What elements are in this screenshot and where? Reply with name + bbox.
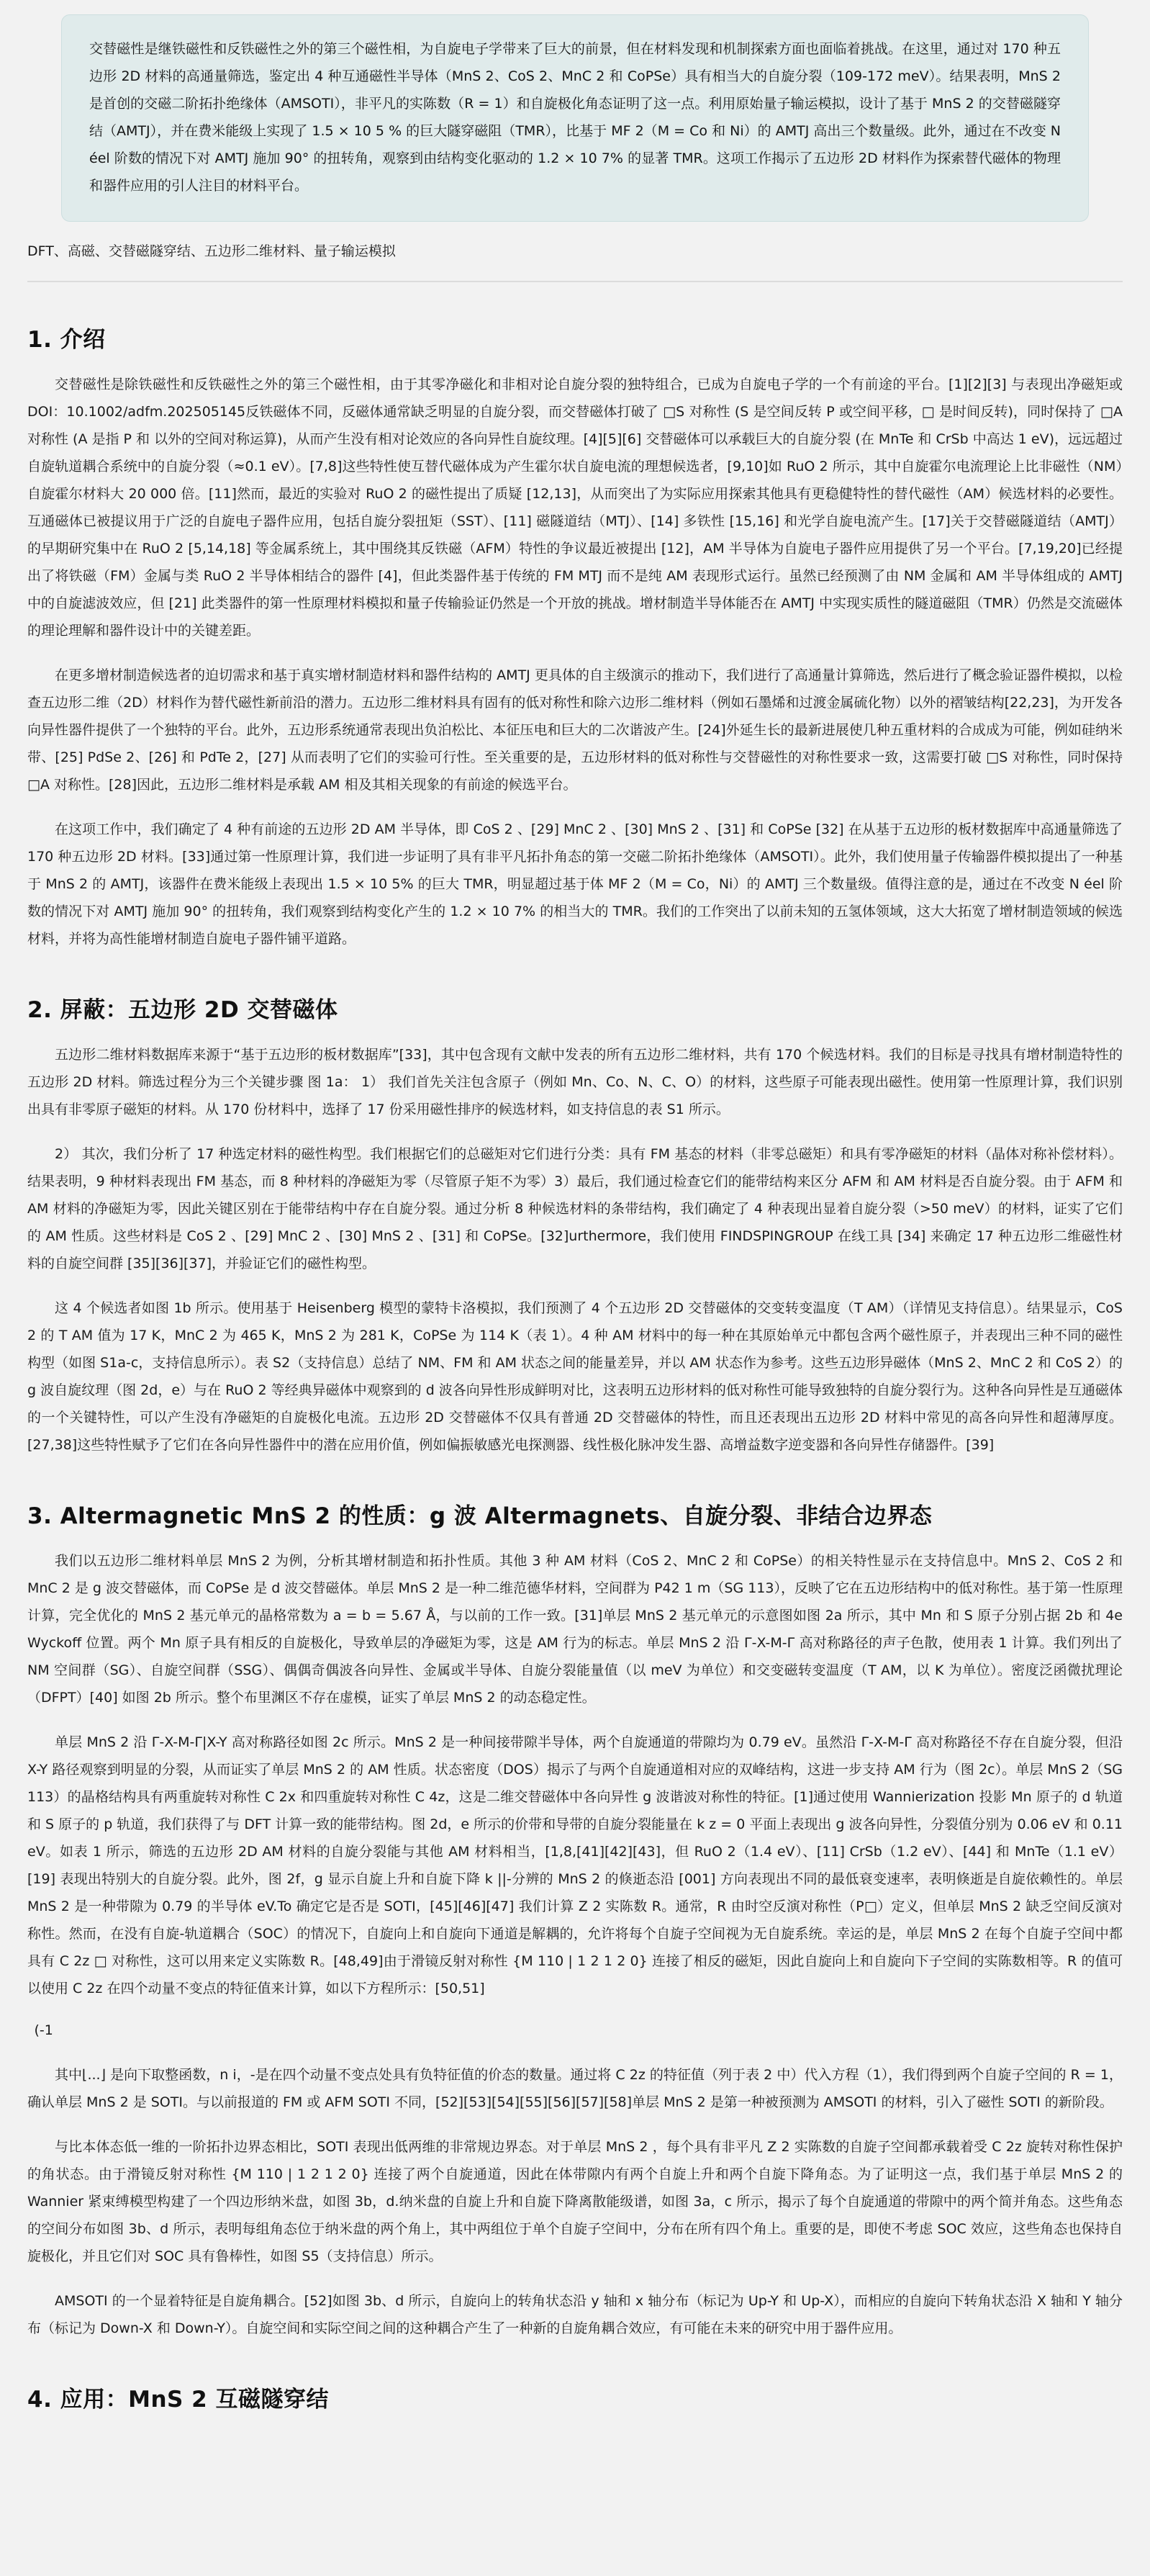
- paragraph: 在更多增材制造候选者的迫切需求和基于真实增材制造材料和器件结构的 AMTJ 更具…: [27, 662, 1123, 798]
- paragraph: AMSOTI 的一个显着特征是自旋角耦合。[52]如图 3b、d 所示，自旋向上…: [27, 2287, 1123, 2342]
- abstract-box: 交替磁性是继铁磁性和反铁磁性之外的第三个磁性相，为自旋电子学带来了巨大的前景，但…: [61, 14, 1089, 222]
- divider: [27, 281, 1123, 282]
- abstract-text: 交替磁性是继铁磁性和反铁磁性之外的第三个磁性相，为自旋电子学带来了巨大的前景，但…: [89, 41, 1061, 194]
- section-heading-screening: 2. 屏蔽：五边形 2D 交替磁体: [27, 991, 1123, 1024]
- paragraph: 我们以五边形二维材料单层 MnS 2 为例，分析其增材制造和拓扑性质。其他 3 …: [27, 1547, 1123, 1711]
- equation-fragment: (-1: [27, 2017, 1123, 2044]
- section-heading-introduction: 1. 介绍: [27, 321, 1123, 353]
- section-heading-application: 4. 应用：MnS 2 互磁隧穿结: [27, 2381, 1123, 2413]
- document-body: 交替磁性是继铁磁性和反铁磁性之外的第三个磁性相，为自旋电子学带来了巨大的前景，但…: [0, 14, 1150, 2413]
- paragraph: 这 4 个候选者如图 1b 所示。使用基于 Heisenberg 模型的蒙特卡洛…: [27, 1294, 1123, 1459]
- paragraph: 单层 MnS 2 沿 Γ-X-M-Γ|X-Y 高对称路径如图 2c 所示。MnS…: [27, 1729, 1123, 2002]
- paragraph: 与比本体态低一维的一阶拓扑边界态相比，SOTI 表现出低两维的非常规边界态。对于…: [27, 2133, 1123, 2270]
- paragraph: 交替磁性是除铁磁性和反铁磁性之外的第三个磁性相，由于其零净磁化和非相对论自旋分裂…: [27, 371, 1123, 644]
- paragraph: 其中⌊...⌋ 是向下取整函数，n i，-是在四个动量不变点处具有负特征值的价态…: [27, 2061, 1123, 2116]
- paper-page: { "abstract": { "text": "交替磁性是继铁磁性和反铁磁性之…: [0, 0, 1150, 2576]
- section-heading-properties: 3. Altermagnetic MnS 2 的性质：g 波 Altermagn…: [27, 1498, 1123, 1530]
- paragraph: 在这项工作中，我们确定了 4 种有前途的五边形 2D AM 半导体，即 CoS …: [27, 816, 1123, 953]
- paragraph: 2） 其次，我们分析了 17 种选定材料的磁性构型。我们根据它们的总磁矩对它们进…: [27, 1140, 1123, 1277]
- paragraph: 五边形二维材料数据库来源于“基于五边形的板材数据库”[33]，其中包含现有文献中…: [27, 1041, 1123, 1123]
- keywords-line: DFT、高磁、交替磁隧穿结、五边形二维材料、量子输运模拟: [27, 240, 1123, 262]
